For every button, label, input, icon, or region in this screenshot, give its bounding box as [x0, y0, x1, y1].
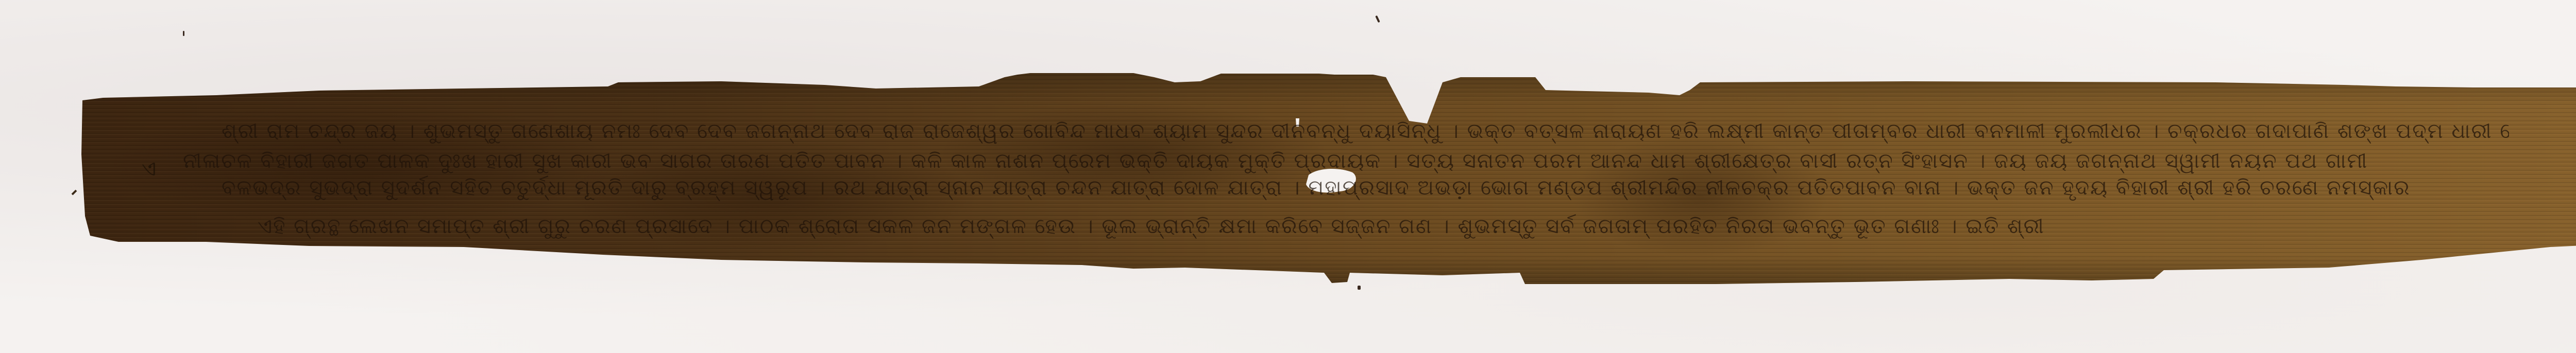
- leaf-hole: [1306, 169, 1356, 192]
- leaf-pinhole: [1296, 118, 1299, 127]
- palm-leaf-shape: [0, 0, 2576, 353]
- palm-leaf-manuscript: ଏ ଶ୍ରୀ ରାମ ଚନ୍ଦ୍ର ଜୟ । ଶୁଭମସ୍ତୁ ଗଣେଶାୟ ନ…: [0, 0, 2576, 353]
